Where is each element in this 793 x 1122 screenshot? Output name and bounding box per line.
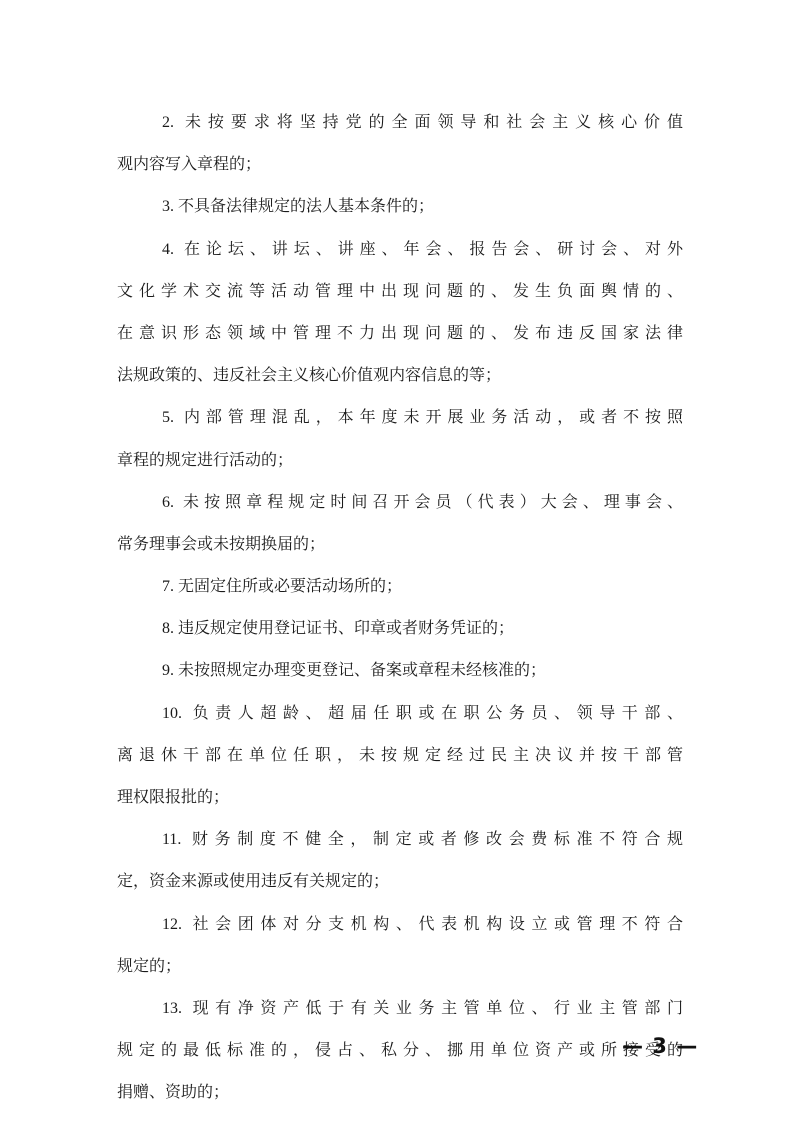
item-line: 4.在论坛、讲坛、讲座、年会、报告会、研讨会、对外 bbox=[117, 236, 683, 278]
list-item-11: 11.财务制度不健全，制定或者修改会费标准不符合规 定，资金来源或使用违反有关规… bbox=[117, 826, 683, 910]
item-line: 6.未按照章程规定时间召开会员（代表）大会、理事会、 bbox=[117, 489, 683, 531]
item-line: 13.现有净资产低于有关业务主管单位、行业主管部门 bbox=[117, 995, 683, 1037]
item-number: 8. bbox=[162, 620, 174, 637]
list-item-13: 13.现有净资产低于有关业务主管单位、行业主管部门 规定的最低标准的，侵占、私分… bbox=[117, 995, 683, 1122]
item-line: 2.未按要求将坚持党的全面领导和社会主义核心价值 bbox=[117, 109, 683, 151]
list-item-3: 3.不具备法律规定的法人基本条件的； bbox=[117, 193, 683, 235]
list-item-6: 6.未按照章程规定时间召开会员（代表）大会、理事会、 常务理事会或未按期换届的； bbox=[117, 489, 683, 573]
item-number: 4. bbox=[162, 241, 174, 258]
item-number: 12. bbox=[162, 916, 182, 933]
list-item-7: 7.无固定住所或必要活动场所的； bbox=[117, 573, 683, 615]
item-line: 10.负责人超龄、超届任职或在职公务员、领导干部、 bbox=[117, 700, 683, 742]
item-number: 10. bbox=[162, 705, 182, 722]
item-line: 7.无固定住所或必要活动场所的； bbox=[117, 573, 683, 615]
list-item-5: 5.内部管理混乱，本年度未开展业务活动，或者不按照 章程的规定进行活动的； bbox=[117, 404, 683, 488]
document-body: 2.未按要求将坚持党的全面领导和社会主义核心价值 观内容写入章程的； 3.不具备… bbox=[117, 109, 683, 1122]
item-line: 法规政策的、违反社会主义核心价值观内容信息的等； bbox=[117, 362, 683, 404]
list-item-8: 8.违反规定使用登记证书、印章或者财务凭证的； bbox=[117, 615, 683, 657]
item-number: 2. bbox=[162, 114, 174, 131]
item-line: 9.未按照规定办理变更登记、备案或章程未经核准的； bbox=[117, 657, 683, 699]
item-line: 定，资金来源或使用违反有关规定的； bbox=[117, 868, 683, 910]
item-line: 11.财务制度不健全，制定或者修改会费标准不符合规 bbox=[117, 826, 683, 868]
item-number: 9. bbox=[162, 662, 174, 679]
item-line: 规定的； bbox=[117, 953, 683, 995]
item-line: 5.内部管理混乱，本年度未开展业务活动，或者不按照 bbox=[117, 404, 683, 446]
item-line: 章程的规定进行活动的； bbox=[117, 447, 683, 489]
item-line: 离退休干部在单位任职，未按规定经过民主决议并按干部管 bbox=[117, 742, 683, 784]
item-number: 11. bbox=[162, 831, 181, 848]
list-item-9: 9.未按照规定办理变更登记、备案或章程未经核准的； bbox=[117, 657, 683, 699]
list-item-12: 12.社会团体对分支机构、代表机构设立或管理不符合 规定的； bbox=[117, 911, 683, 995]
item-line: 12.社会团体对分支机构、代表机构设立或管理不符合 bbox=[117, 911, 683, 953]
item-number: 3. bbox=[162, 198, 174, 215]
item-line: 捐赠、资助的； bbox=[117, 1079, 683, 1121]
item-number: 7. bbox=[162, 578, 174, 595]
item-number: 6. bbox=[162, 494, 174, 511]
item-line: 文化学术交流等活动管理中出现问题的、发生负面舆情的、 bbox=[117, 278, 683, 320]
item-number: 5. bbox=[162, 409, 174, 426]
list-item-4: 4.在论坛、讲坛、讲座、年会、报告会、研讨会、对外 文化学术交流等活动管理中出现… bbox=[117, 236, 683, 405]
item-number: 13. bbox=[162, 1000, 182, 1017]
list-item-10: 10.负责人超龄、超届任职或在职公务员、领导干部、 离退休干部在单位任职，未按规… bbox=[117, 700, 683, 827]
item-line: 理权限报批的； bbox=[117, 784, 683, 826]
item-line: 观内容写入章程的； bbox=[117, 151, 683, 193]
list-item-2: 2.未按要求将坚持党的全面领导和社会主义核心价值 观内容写入章程的； bbox=[117, 109, 683, 193]
item-line: 8.违反规定使用登记证书、印章或者财务凭证的； bbox=[117, 615, 683, 657]
item-line: 在意识形态领域中管理不力出现问题的、发布违反国家法律 bbox=[117, 320, 683, 362]
item-line: 常务理事会或未按期换届的； bbox=[117, 531, 683, 573]
item-line: 3.不具备法律规定的法人基本条件的； bbox=[117, 193, 683, 235]
page-number: — 3 — bbox=[622, 1034, 698, 1058]
item-line: 规定的最低标准的，侵占、私分、挪用单位资产或所接受的 bbox=[117, 1037, 683, 1079]
